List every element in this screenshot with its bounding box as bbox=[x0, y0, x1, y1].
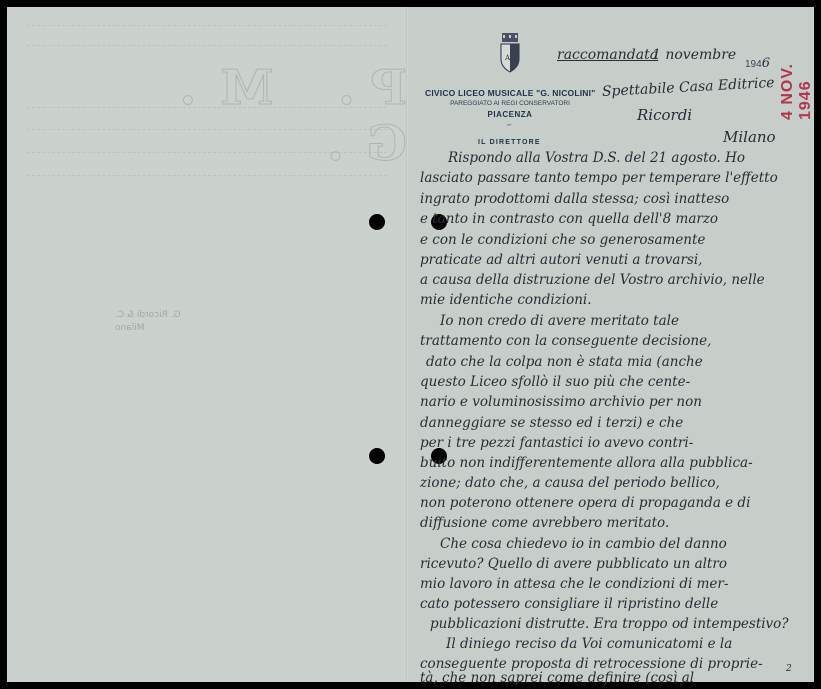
body-line: pubblicazioni distrutte. Era troppo od i… bbox=[430, 616, 789, 632]
printed-year: 1946 bbox=[745, 56, 770, 71]
body-line: Io non credo di avere meritato tale bbox=[440, 313, 679, 329]
body-line: lasciato passare tanto tempo per tempera… bbox=[420, 170, 778, 186]
bleed-through-line bbox=[27, 107, 387, 109]
institution-city: PIACENZA bbox=[425, 110, 595, 119]
body-line: Rispondo alla Vostra D.S. del 21 agosto.… bbox=[448, 150, 745, 166]
office-title: IL DIRETTORE bbox=[478, 139, 541, 146]
ornament-icon: ∽ bbox=[506, 121, 512, 129]
bleed-through-line bbox=[27, 175, 387, 177]
punch-hole bbox=[369, 448, 385, 464]
body-line: Il diniego reciso da Voi comunicatomi e … bbox=[446, 636, 732, 652]
body-line: mie identiche condizioni. bbox=[420, 292, 592, 308]
institution-name: CIVICO LICEO MUSICALE "G. NICOLINI" bbox=[425, 88, 595, 98]
institution-subtitle: PAREGGIATO AI REGI CONSERVATORI bbox=[425, 100, 595, 107]
bleed-through-line bbox=[27, 129, 387, 131]
punch-hole bbox=[369, 214, 385, 230]
body-line: nario e voluminosissimo archivio per non bbox=[420, 394, 702, 410]
body-line: ricevuto? Quello di avere pubblicato un … bbox=[420, 556, 727, 572]
coat-of-arms-icon: A bbox=[499, 33, 521, 73]
body-line: danneggiare se stesso ed i terzi) e che bbox=[420, 415, 683, 431]
recipient-city: Milano bbox=[723, 128, 776, 146]
bleed-through-address: G. Ricordi & C. Milano bbox=[115, 309, 181, 335]
bleed-through-line bbox=[27, 25, 387, 27]
bleed-through-line bbox=[27, 45, 387, 47]
body-line: mio lavoro in attesa che le condizioni d… bbox=[420, 576, 728, 592]
body-line: non poterono ottenere opera di propagand… bbox=[420, 495, 750, 511]
body-line: zione; dato che, a causa del periodo bel… bbox=[420, 475, 720, 491]
left-page: P. M. G. G. Ricordi & C. Milano bbox=[7, 7, 407, 682]
body-line: questo Liceo sfollò il suo più che cente… bbox=[420, 374, 690, 390]
body-line: buito non indifferentemente allora alla … bbox=[420, 455, 753, 471]
received-date-stamp: 4 NOV. 1946 bbox=[779, 30, 815, 120]
page-fold bbox=[406, 7, 408, 682]
delivery-method: raccomandata bbox=[557, 47, 658, 63]
letter-date: 1 novembre bbox=[652, 47, 736, 63]
svg-text:A: A bbox=[504, 54, 511, 62]
body-line: cato potessero consigliare il ripristino… bbox=[420, 596, 718, 612]
body-line: a causa della distruzione del Vostro arc… bbox=[420, 272, 765, 288]
recipient-line-2: Ricordi bbox=[637, 106, 692, 124]
body-line: Che cosa chiedevo io in cambio del danno bbox=[440, 536, 727, 552]
body-line: e tanto in contrasto con quella dell'8 m… bbox=[420, 211, 718, 227]
body-line: trattamento con la conseguente decisione… bbox=[420, 333, 711, 349]
body-line: ingrato prodottomi dalla stessa; così in… bbox=[420, 191, 729, 207]
body-line: per i tre pezzi fantastici io avevo cont… bbox=[420, 435, 693, 451]
body-line: tà, che non saprei come definire (così a… bbox=[420, 670, 694, 686]
bleed-through-line bbox=[27, 152, 387, 154]
body-line: diffusione come avrebbero meritato. bbox=[420, 515, 669, 531]
body-line: dato che la colpa non è stata mia (anche bbox=[426, 354, 703, 370]
page-number: 2 bbox=[786, 664, 792, 674]
body-line: e con le condizioni che so generosamente bbox=[420, 232, 705, 248]
body-line: praticate ad altri autori venuti a trova… bbox=[420, 252, 702, 268]
bleed-through-monogram: P. M. G. bbox=[135, 60, 407, 172]
handwritten-year-digit: 6 bbox=[762, 56, 770, 71]
